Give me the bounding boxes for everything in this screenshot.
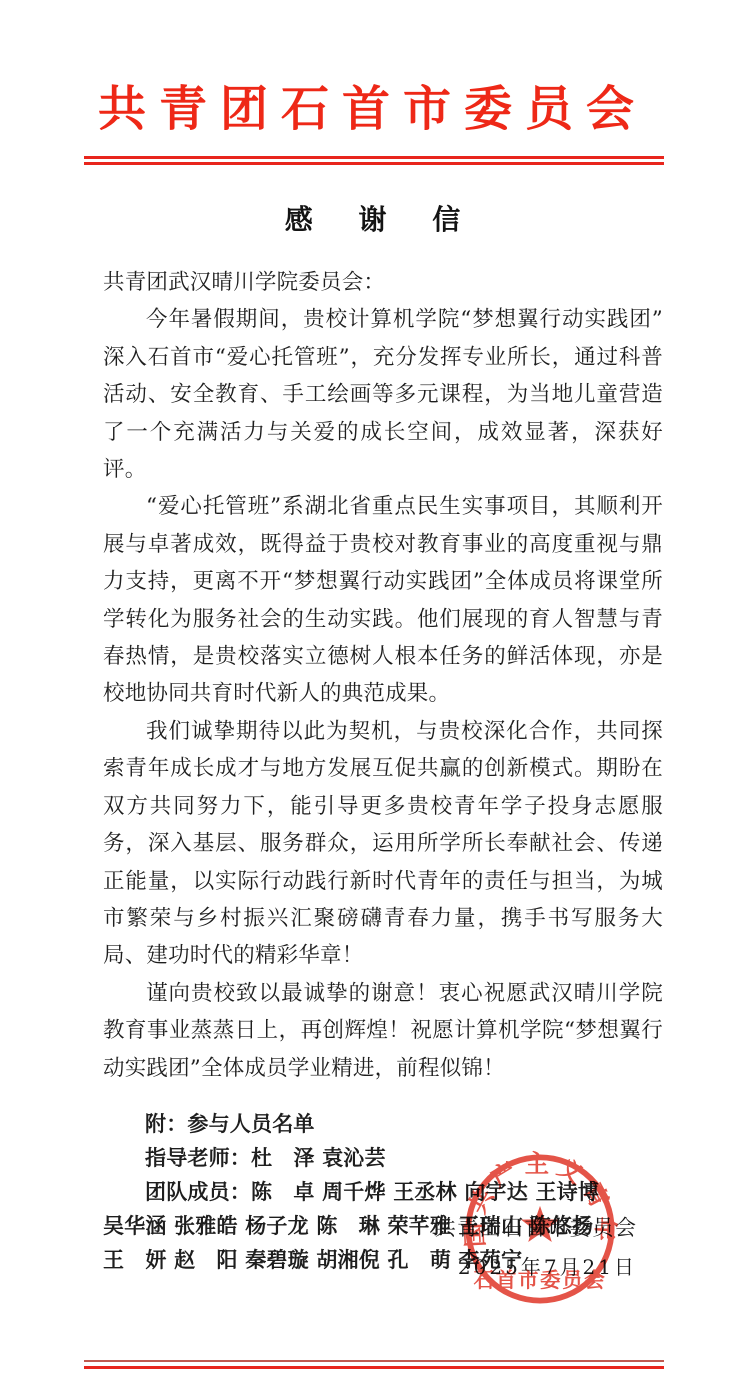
- footer-divider: [84, 1360, 664, 1369]
- signature-date: 2025年7月21日: [458, 1251, 637, 1280]
- signature-org: 共青团石首市委员会: [434, 1211, 637, 1242]
- paragraph-2: “爱心托管班”系湖北省重点民生实事项目，其顺利开展与卓著成效，既得益于贵校对教育…: [103, 488, 663, 712]
- advisors-names: 杜 泽 袁沁芸: [251, 1145, 386, 1170]
- members-label: 团队成员：: [145, 1179, 251, 1204]
- paragraph-4: 谨向贵校致以最诚挚的谢意！衷心祝愿武汉晴川学院教育事业蒸蒸日上，再创辉煌！祝愿计…: [103, 975, 663, 1087]
- document-title: 感 谢 信: [0, 198, 745, 238]
- salutation: 共青团武汉晴川学院委员会：: [103, 264, 663, 301]
- advisors-label: 指导老师：: [145, 1145, 251, 1170]
- members-names-1: 陈 卓 周千烨 王丞林 向宇达 王诗博: [251, 1179, 599, 1204]
- letter-body: 共青团武汉晴川学院委员会： 今年暑假期间，贵校计算机学院“梦想翼行动实践团”深入…: [103, 264, 663, 1277]
- letterhead-title: 共青团石首市委员会: [0, 70, 745, 139]
- paragraph-1: 今年暑假期间，贵校计算机学院“梦想翼行动实践团”深入石首市“爱心托管班”，充分发…: [103, 301, 663, 488]
- members-line-1: 团队成员：陈 卓 周千烨 王丞林 向宇达 王诗博: [103, 1175, 663, 1209]
- attachment-heading: 附：参与人员名单: [103, 1107, 663, 1141]
- letterhead-divider: [84, 156, 664, 165]
- paragraph-3: 我们诚挚期待以此为契机，与贵校深化合作，共同探索青年成长成才与地方发展互促共赢的…: [103, 713, 663, 975]
- letter-page: 共青团石首市委员会 感 谢 信 共青团武汉晴川学院委员会： 今年暑假期间，贵校计…: [0, 0, 745, 1395]
- advisors-line: 指导老师：杜 泽 袁沁芸: [103, 1141, 663, 1175]
